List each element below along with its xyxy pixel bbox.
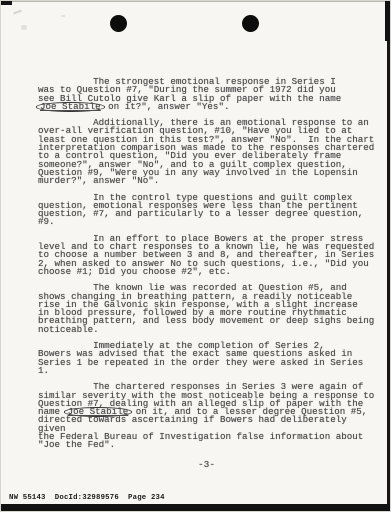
- punch-hole-left: [110, 15, 127, 32]
- pencil-smudge: [13, 10, 22, 15]
- scan-right-edge: [387, 1, 390, 512]
- archive-footer-stamp: NW 55143 DocId:32989576 Page 234: [9, 494, 165, 502]
- pencil-smudge: [21, 25, 27, 30]
- typewritten-text-block: The strongest emotional response in Seri…: [38, 78, 378, 458]
- paragraph-1-text: The strongest emotional response in Seri…: [38, 76, 341, 104]
- scan-corner-mark: [1, 1, 12, 5]
- paragraph-3: In the control type questions and guilt …: [38, 194, 378, 227]
- circled-name-joe-stabile: Joe Stabile: [36, 102, 105, 112]
- paragraph-2: Additionally, there is an emotional resp…: [38, 119, 378, 185]
- paragraph-7: The chartered responses in Series 3 were…: [38, 383, 378, 449]
- pencil-smudge: [61, 15, 65, 17]
- scan-right-edge-top: [385, 1, 390, 41]
- scanned-document-page: The strongest emotional response in Seri…: [0, 0, 391, 512]
- punch-hole-right: [242, 15, 259, 32]
- scan-top-edge: [1, 1, 391, 2]
- paragraph-1: The strongest emotional response in Seri…: [38, 78, 378, 111]
- page-number: -3-: [1, 459, 390, 470]
- paragraph-1-text-after: on it?", answer "Yes".: [103, 101, 230, 112]
- paragraph-6: Immediately at the completion of Series …: [38, 342, 378, 375]
- scan-bottom-edge: [1, 504, 391, 511]
- paragraph-4: In an effort to place Bowers at the prop…: [38, 235, 378, 276]
- paragraph-5: The known lie was recorded at Question #…: [38, 284, 378, 334]
